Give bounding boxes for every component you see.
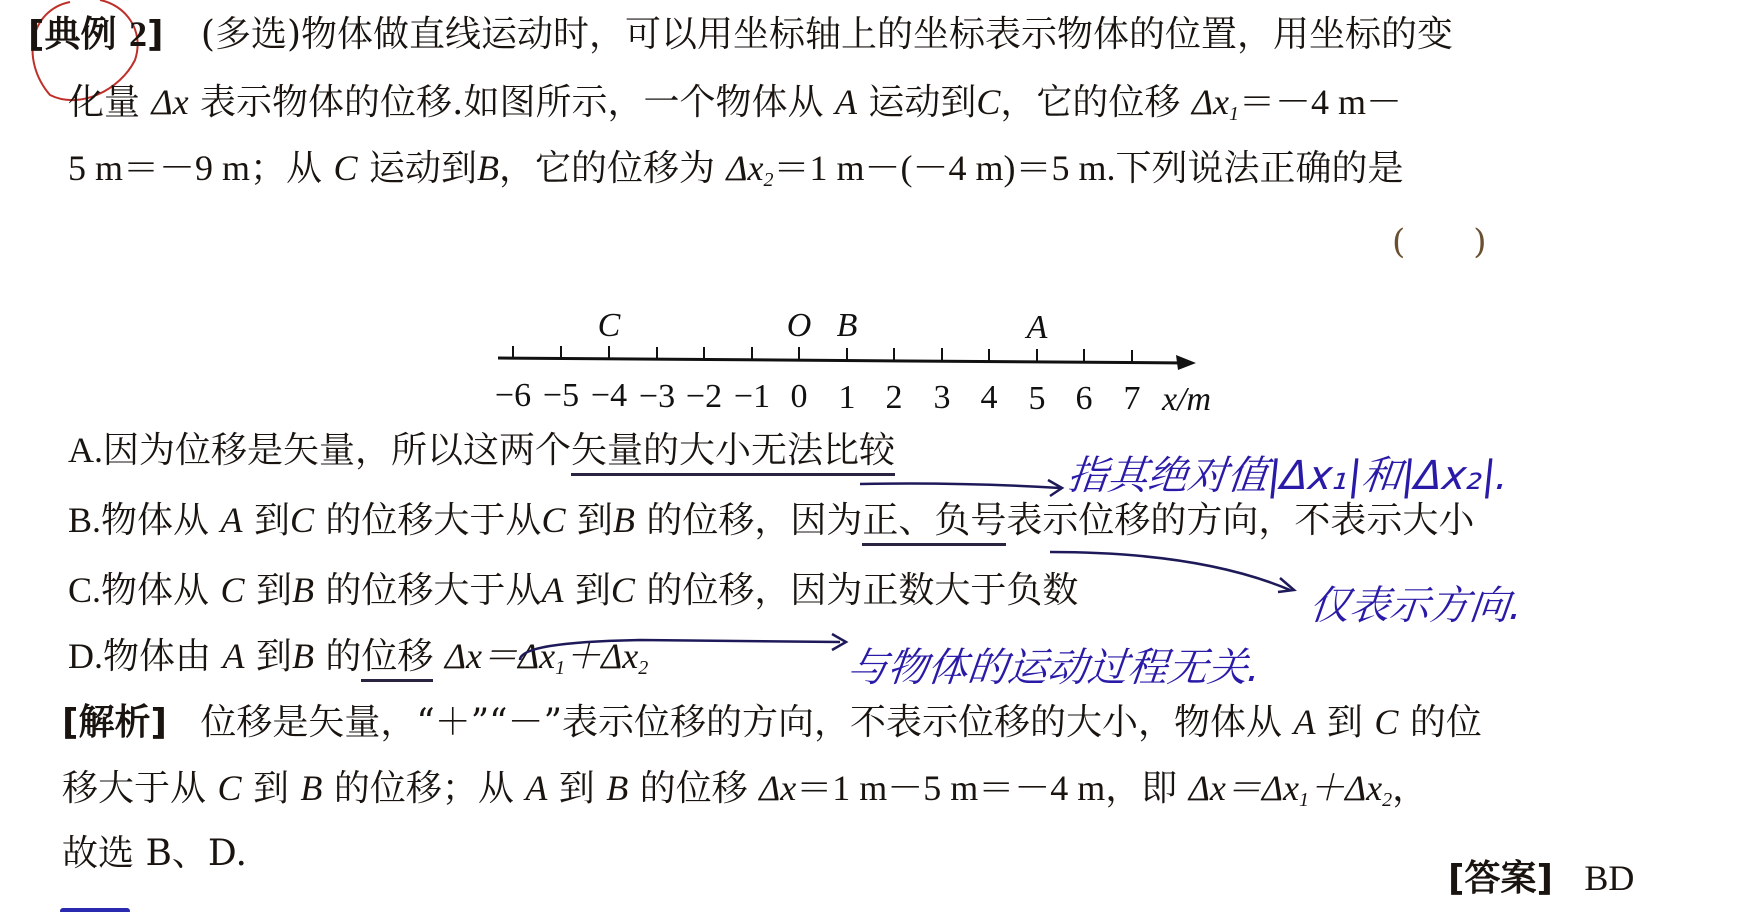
analysis-text: 的位移 [640, 768, 748, 809]
analysis-text: 位移是矢量，“＋”“－”表示位移的方向，不表示位移的大小，物体从 [200, 702, 1282, 743]
next-section-marker [60, 908, 130, 912]
analysis-text: 的位移；从 [334, 768, 514, 809]
answer-row: [答案] BD [1448, 856, 1634, 901]
formula-dx: Δx＝Δx1＋Δx2 [1189, 768, 1392, 808]
point-c-ref: C [217, 768, 241, 808]
analysis-tag: [解析] [62, 702, 167, 743]
analysis-text: 的位 [1410, 702, 1482, 743]
point-a-ref: A [1293, 702, 1315, 742]
analysis-line-1: [解析] 位移是矢量，“＋”“－”表示位移的方向，不表示位移的大小，物体从 A … [62, 700, 1482, 745]
point-a-ref: A [525, 768, 547, 808]
handwritten-note-a: 指其绝对值|Δx₁|和|Δx₂|. [1065, 444, 1512, 501]
analysis-text: ＝1 m－5 m＝－4 m，即 [796, 768, 1177, 808]
answer-tag: [答案] [1448, 858, 1553, 899]
analysis-text: 移大于从 [62, 768, 206, 809]
analysis-text: 到 [1327, 702, 1363, 743]
handwritten-note-b: 仅表示方向. [1307, 574, 1526, 631]
delta-x: Δx [759, 768, 796, 808]
analysis-text: 故选 B、D. [62, 833, 247, 874]
analysis-text: 到 [253, 768, 289, 809]
point-b-ref: B [606, 768, 628, 808]
answer-value: BD [1584, 858, 1634, 898]
point-c-ref: C [1374, 702, 1398, 742]
handwritten-note-d: 与物体的运动过程无关. [845, 636, 1264, 693]
analysis-text: 到 [559, 768, 595, 809]
analysis-line-2: 移大于从 C 到 B 的位移；从 A 到 B 的位移 Δx＝1 m－5 m＝－4… [62, 766, 1428, 822]
analysis-line-3: 故选 B、D. [62, 832, 247, 876]
point-b-ref: B [300, 768, 322, 808]
